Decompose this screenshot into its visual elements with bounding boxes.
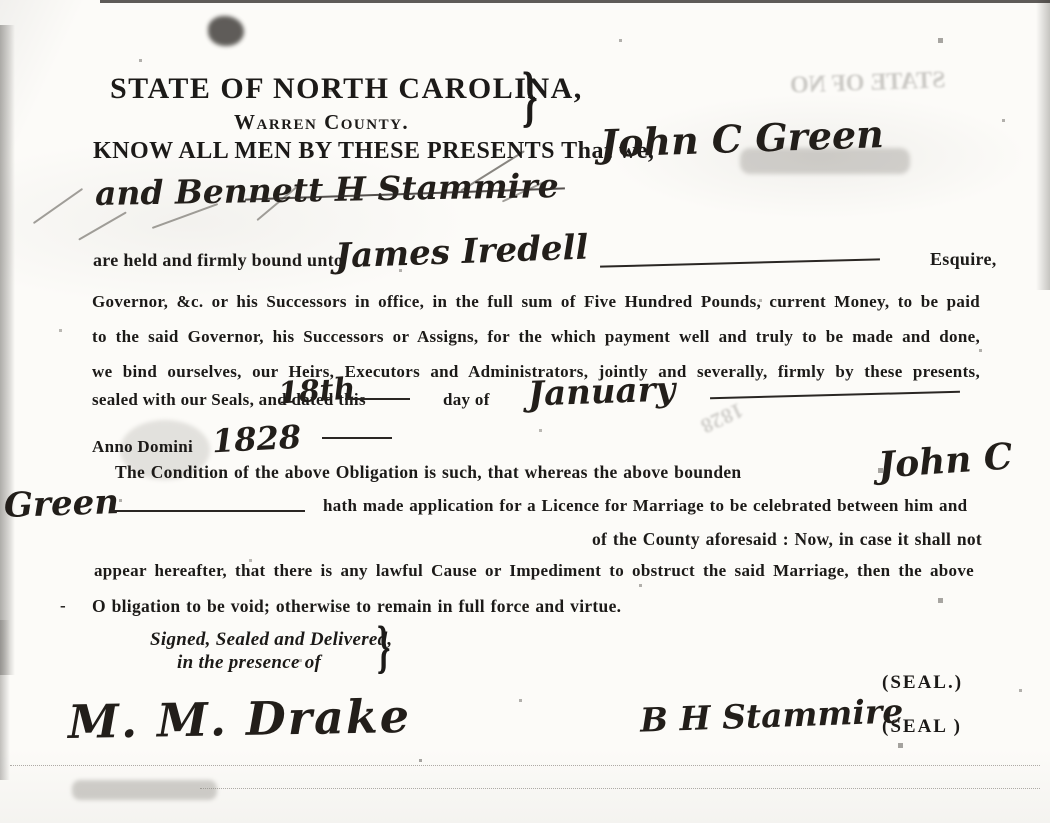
header-brace: } <box>522 56 538 136</box>
fill-line <box>322 437 392 439</box>
bond-body-line-1: Governor, &c. or his Successors in offic… <box>92 292 980 312</box>
state-title: STATE OF NORTH CAROLINA, <box>110 72 583 106</box>
condition-line-1: The Condition of the above Obligation is… <box>115 462 741 483</box>
month-handwritten: January <box>527 369 676 414</box>
bottom-crease-line-2 <box>200 788 1040 789</box>
paper-specks <box>0 0 1 1</box>
stray-mark <box>33 188 83 224</box>
esquire-label: Esquire, <box>930 249 997 270</box>
condition-line-3: of the County aforesaid : Now, in case i… <box>592 529 982 550</box>
anno-domini-label: Anno Domini <box>92 437 193 457</box>
right-scan-edge <box>1036 0 1050 290</box>
bleedthrough-text: STATE OF NO <box>790 67 946 99</box>
fill-line <box>345 398 410 400</box>
signed-sealed-line: Signed, Sealed and Delivered, <box>150 629 392 651</box>
presence-of-line: in the presence of <box>177 652 321 674</box>
scanned-marriage-bond-document: STATE OF NO 1828 STATE OF NORTH CAROLINA… <box>0 0 1050 823</box>
ink-blot-top <box>208 16 244 46</box>
fill-line <box>600 258 880 267</box>
bottom-smudge <box>72 780 217 800</box>
top-scan-line <box>100 0 1050 3</box>
condition-line-2: hath made application for a Licence for … <box>323 496 967 516</box>
fill-line <box>710 391 960 400</box>
stray-mark <box>78 211 127 240</box>
know-all-men-line: KNOW ALL MEN BY THESE PRESENTS That we, <box>93 138 654 165</box>
attestation-brace: } <box>377 617 390 682</box>
left-scan-edge <box>0 25 15 675</box>
bleedthrough-year: 1828 <box>697 397 748 439</box>
county-title: Warren County. <box>234 110 409 135</box>
left-scan-edge-lower <box>0 620 10 780</box>
day-of-label: day of <box>443 390 490 410</box>
bounden-name-part2-handwritten: Green <box>3 482 119 526</box>
bound-unto-line: are held and firmly bound unto <box>93 250 343 271</box>
condition-line-4: appear hereafter, that there is any lawf… <box>94 561 974 581</box>
fill-line <box>110 510 305 512</box>
obligee-name-handwritten: James Iredell <box>334 228 589 277</box>
witness-signature: M. M. Drake <box>68 689 412 749</box>
bond-body-line-2: to the said Governor, his Successors or … <box>92 327 980 347</box>
bondsman-signature: B H Stammire <box>639 691 903 739</box>
bottom-crease-line <box>10 765 1040 766</box>
condition-line-5-dash: - <box>60 596 66 616</box>
condition-line-5: O bligation to be void; otherwise to rem… <box>92 596 621 617</box>
bounden-name-part1-handwritten: John C <box>877 435 1014 486</box>
year-handwritten: 1828 <box>211 418 302 461</box>
day-handwritten: 18th <box>277 371 357 411</box>
